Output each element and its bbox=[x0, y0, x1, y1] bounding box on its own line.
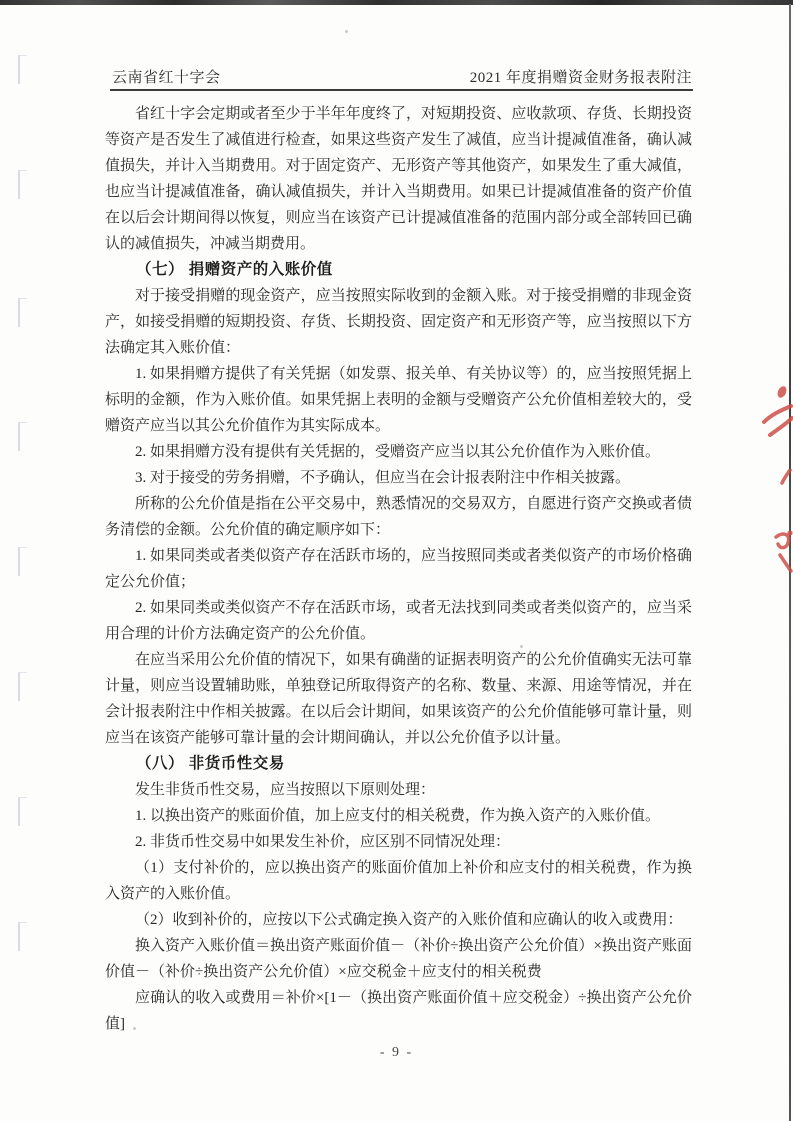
header-rule bbox=[110, 89, 693, 91]
paragraph: （2）收到补价的，应按以下公式确定换入资产的入账价值和应确认的收入或费用： bbox=[105, 907, 692, 933]
left-margin-artifact bbox=[18, 55, 27, 84]
paragraph: 在应当采用公允价值的情况下，如果有确凿的证据表明资产的公允价值确实无法可靠计量，… bbox=[105, 647, 692, 751]
paragraph: 1. 如果捐赠方提供了有关凭据（如发票、报关单、有关协议等）的，应当按照凭据上标… bbox=[105, 361, 692, 439]
paragraph: 2. 如果捐赠方没有提供有关凭据的，受赠资产应当以其公允价值作为入账价值。 bbox=[105, 439, 692, 465]
paragraph: 所称的公允价值是指在公平交易中，熟悉情况的交易双方，自愿进行资产交换或者债务清偿… bbox=[105, 491, 692, 543]
paragraph: 2. 如果同类或类似资产不存在活跃市场，或者无法找到同类或者类似资产的，应当采用… bbox=[105, 595, 692, 647]
paragraph: 3. 对于接受的劳务捐赠，不予确认，但应当在会计报表附注中作相关披露。 bbox=[105, 465, 692, 491]
section-heading-7: （七） 捐赠资产的入账价值 bbox=[105, 257, 692, 283]
page-number: - 9 - bbox=[0, 1045, 793, 1061]
section-heading-8: （八） 非货币性交易 bbox=[105, 751, 692, 777]
formula-paragraph: 换入资产入账价值＝换出资产账面价值－（补价÷换出资产公允价值）×换出资产账面价值… bbox=[105, 933, 692, 985]
paragraph: 对于接受捐赠的现金资产，应当按照实际收到的金额入账。对于接受捐赠的非现金资产，如… bbox=[105, 283, 692, 361]
scanned-document-page: 云南省红十字会 2021 年度捐赠资金财务报表附注 省红十字会定期或者至少于半年… bbox=[0, 0, 793, 1121]
paragraph: 1. 以换出资产的账面价值，加上应支付的相关税费，作为换入资产的入账价值。 bbox=[105, 803, 692, 829]
red-ink-mark bbox=[762, 383, 793, 439]
document-body: 省红十字会定期或者至少于半年年度终了，对短期投资、应收款项、存货、长期投资等资产… bbox=[105, 101, 692, 1037]
paragraph: 1. 如果同类或者类似资产存在活跃市场的，应当按照同类或者类似资产的市场价格确定… bbox=[105, 543, 692, 595]
header-organization: 云南省红十字会 bbox=[112, 66, 221, 87]
left-margin-artifact bbox=[18, 298, 27, 327]
page-header: 云南省红十字会 2021 年度捐赠资金财务报表附注 bbox=[112, 66, 692, 87]
paragraph: （1）支付补价的，应以换出资产的账面价值加上补价和应支付的相关税费，作为换入资产… bbox=[105, 855, 692, 907]
left-margin-artifact bbox=[18, 170, 27, 199]
paragraph-impairment-policy: 省红十字会定期或者至少于半年年度终了，对短期投资、应收款项、存货、长期投资等资产… bbox=[105, 101, 692, 257]
red-ink-mark bbox=[780, 469, 792, 485]
left-margin-artifact bbox=[18, 922, 27, 951]
paragraph: 2. 非货币性交易中如果发生补价，应区别不同情况处理： bbox=[105, 829, 692, 855]
left-margin-artifact bbox=[18, 672, 27, 701]
scan-speck bbox=[345, 30, 348, 33]
red-ink-mark bbox=[770, 521, 793, 573]
header-report-title: 2021 年度捐赠资金财务报表附注 bbox=[470, 66, 692, 87]
formula-paragraph: 应确认的收入或费用＝补价×[1－（换出资产账面价值＋应交税金）÷换出资产公允价值… bbox=[105, 985, 692, 1037]
left-margin-artifact bbox=[18, 797, 27, 826]
left-margin-artifact bbox=[18, 422, 27, 451]
scan-top-edge-shadow bbox=[0, 0, 793, 5]
paragraph: 发生非货币性交易，应当按照以下原则处理： bbox=[105, 777, 692, 803]
left-margin-artifact bbox=[18, 547, 27, 576]
